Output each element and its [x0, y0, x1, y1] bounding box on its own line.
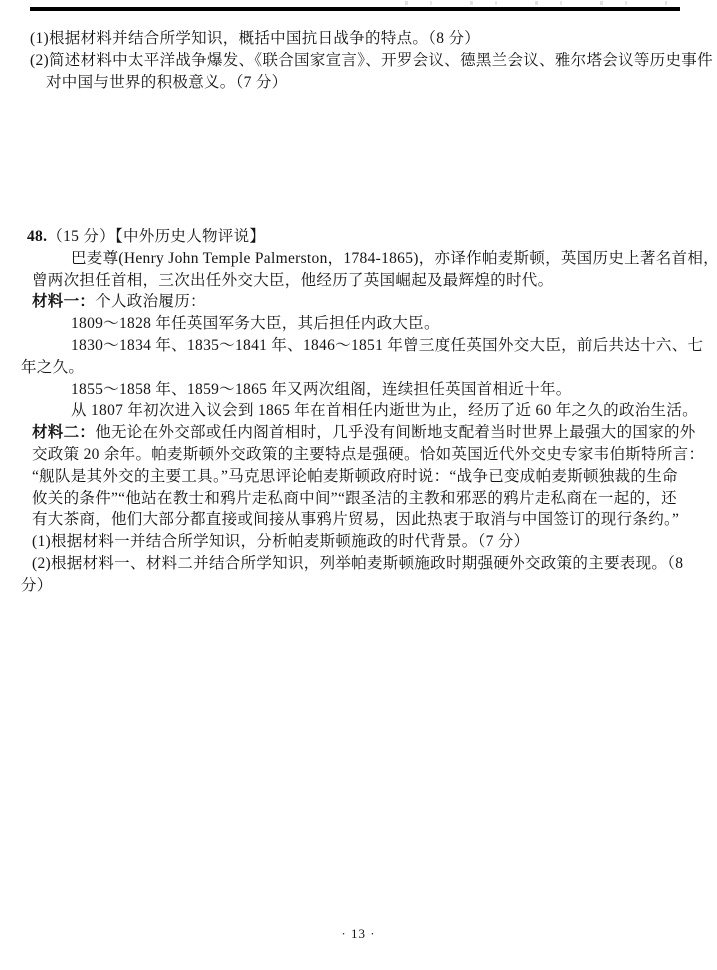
- material-1-line: 从 1807 年初次进入议会到 1865 年在首相任内逝世为止，经历了近 60 …: [0, 400, 717, 422]
- material-2-line: “舰队是其外交的主要工具。”马克思评论帕麦斯顿政府时说：“战争已变成帕麦斯顿独裁…: [0, 466, 717, 488]
- subquestion-1: (1)根据材料并结合所学知识，概括中国抗日战争的特点。（8 分）: [0, 28, 717, 50]
- material-2-line: 有大茶商，他们大部分都直接或间接从事鸦片贸易，因此热衷于取消与中国签订的现行条约…: [0, 509, 717, 531]
- question-47-tail: (1)根据材料并结合所学知识，概括中国抗日战争的特点。（8 分） (2)简述材料…: [0, 28, 717, 93]
- material-1-intro: 个人政治履历：: [95, 293, 206, 310]
- page-number: · 13 ·: [0, 926, 717, 942]
- question-48-subquestion-2-line-2: 分）: [0, 575, 717, 597]
- question-48-title: （15 分）【中外历史人物评说】: [47, 228, 265, 245]
- material-2-line: 攸关的条件”“他站在教士和鸦片走私商中间”“跟圣洁的主教和邪恶的鸦片走私商在一起…: [0, 488, 717, 510]
- document-page: (1)根据材料并结合所学知识，概括中国抗日战争的特点。（8 分） (2)简述材料…: [0, 0, 717, 970]
- intro-line-1: 巴麦尊(Henry John Temple Palmerston，1784-18…: [0, 248, 717, 270]
- page-top-rule: [30, 7, 680, 11]
- scan-artifact: [367, 1, 667, 5]
- material-1-line: 年之久。: [0, 357, 717, 379]
- material-1-label: 材料一：: [32, 293, 95, 310]
- subquestion-2-line-1: (2)简述材料中太平洋战争爆发、《联合国家宣言》、开罗会议、德黑兰会议、雅尔塔会…: [0, 50, 717, 72]
- question-48: 48.（15 分）【中外历史人物评说】 巴麦尊(Henry John Templ…: [0, 226, 717, 597]
- material-2-heading: 材料二：他无论在外交部或任内阁首相时，几乎没有间断地支配着当时世界上最强大的国家…: [0, 422, 717, 444]
- intro-line-2: 曾两次担任首相，三次出任外交大臣，他经历了英国崛起及最辉煌的时代。: [0, 270, 717, 292]
- material-2-line: 交政策 20 余年。帕麦斯顿外交政策的主要特点是强硬。恰如英国近代外交史专家韦伯…: [0, 444, 717, 466]
- subquestion-2-line-2: 对中国与世界的积极意义。（7 分）: [0, 72, 717, 94]
- question-48-heading: 48.（15 分）【中外历史人物评说】: [0, 226, 717, 248]
- material-1-heading: 材料一：个人政治履历：: [0, 291, 717, 313]
- question-48-number: 48.: [27, 228, 47, 245]
- question-48-subquestion-2-line-1: (2)根据材料一、材料二并结合所学知识，列举帕麦斯顿施政时期强硬外交政策的主要表…: [0, 553, 717, 575]
- material-2-line: 他无论在外交部或任内阁首相时，几乎没有间断地支配着当时世界上最强大的国家的外: [95, 424, 695, 441]
- material-1-line: 1855～1858 年、1859～1865 年又两次组阁，连续担任英国首相近十年…: [0, 379, 717, 401]
- material-1-line: 1809～1828 年任英国军务大臣，其后担任内政大臣。: [0, 313, 717, 335]
- question-48-subquestion-1: (1)根据材料一并结合所学知识，分析帕麦斯顿施政的时代背景。（7 分）: [0, 531, 717, 553]
- material-2-label: 材料二：: [32, 424, 95, 441]
- material-1-line: 1830～1834 年、1835～1841 年、1846～1851 年曾三度任英…: [0, 335, 717, 357]
